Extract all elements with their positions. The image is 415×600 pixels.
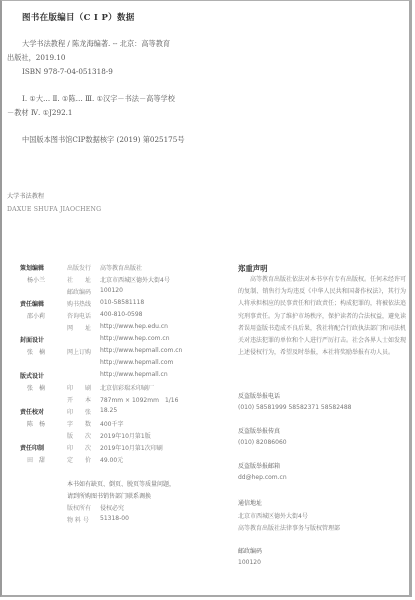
credit-name: 田 甜 <box>27 455 45 464</box>
material-key: 物 料 号 <box>67 515 89 524</box>
pub-url[interactable]: http://www.hepmall.com <box>100 359 173 366</box>
notice-paragraph: 高等教育出版社依法对本书享有专有出版权。任何未经许可的复制、销售行为均违反《中华… <box>238 274 406 359</box>
credit-name: 张 楠 <box>27 347 45 356</box>
copyright-page: 图书在版编目（C I P）数据 大学书法教程 / 陈龙海编著. -- 北京：高等… <box>0 0 412 597</box>
rights-value: 侵权必究 <box>100 503 124 512</box>
material-value: 51318-00 <box>100 515 129 522</box>
quality-note-1: 本书如有缺页、倒页、脱页等质量问题， <box>67 479 175 488</box>
pub-key: 印 刷 <box>67 383 91 392</box>
credit-name: 张 楠 <box>27 383 45 392</box>
pub-key: 印 次 <box>67 443 91 452</box>
credit-name: 邵小莉 <box>27 311 45 320</box>
pub-price: 49.00元 <box>100 455 123 464</box>
pub-value: 18.25 <box>100 407 117 414</box>
credit-role: 策划编辑 <box>20 263 44 272</box>
contact-heading: 反盗版举报邮箱 <box>238 461 280 470</box>
notice-title: 郑重声明 <box>238 263 268 274</box>
pub-key: 印 张 <box>67 407 91 416</box>
credit-role: 版式设计 <box>20 371 44 380</box>
cip-title: 图书在版编目（C I P）数据 <box>22 11 135 23</box>
book-title-chinese: 大学书法教程 <box>7 191 44 200</box>
credit-name: 杨小兰 <box>27 275 45 284</box>
pub-value: 010-58581118 <box>100 299 144 306</box>
cip-line-2: 出版社，2019.10 <box>7 53 65 63</box>
cip-classification-1: Ⅰ. ①大… Ⅱ. ①陈… Ⅲ. ①汉字－书法－高等学校 <box>22 94 175 104</box>
pub-key: 网 址 <box>67 323 91 332</box>
contact-heading: 反盗版举报电话 <box>238 391 280 400</box>
pub-key: 购书热线 <box>67 299 91 308</box>
pub-value: 高等教育出版社 <box>100 263 142 272</box>
pub-value: 400千字 <box>100 419 123 428</box>
pub-key: 社 址 <box>67 275 91 284</box>
pub-key: 开 本 <box>67 395 91 404</box>
pub-key: 定 价 <box>67 455 91 464</box>
contact-email[interactable]: dd@hep.com.cn <box>238 474 287 481</box>
pub-url[interactable]: http://www.hep.edu.cn <box>100 323 168 330</box>
pub-value: 2019年10月第1版 <box>100 431 151 440</box>
credit-role: 责任编辑 <box>20 299 44 308</box>
pub-value: 2019年10月第1次印刷 <box>100 443 163 452</box>
pub-key: 邮政编码 <box>67 287 91 296</box>
quality-note-2: 请到所购图书销售部门联系调换 <box>67 491 151 500</box>
credit-role: 责任印制 <box>20 443 44 452</box>
book-title-pinyin: DAXUE SHUFA JIAOCHENG <box>7 206 101 213</box>
pub-key: 网上订购 <box>67 347 91 356</box>
contact-fax: (010) 82086060 <box>238 439 287 446</box>
pub-value: 北京信彩瑞禾印刷厂 <box>100 383 154 392</box>
pub-url[interactable]: http://www.hepmall.com.cn <box>100 347 182 354</box>
pub-key: 出版发行 <box>67 263 91 272</box>
rights-key: 版权所有 <box>67 503 91 512</box>
pub-value: 787mm × 1092mm 1/16 <box>100 395 178 404</box>
contact-heading: 邮政编码 <box>238 546 262 555</box>
cip-line-1: 大学书法教程 / 陈龙海编著. -- 北京：高等教育 <box>22 39 170 49</box>
contact-heading: 通信地址 <box>238 498 262 507</box>
pub-key: 版 次 <box>67 431 91 440</box>
credit-name: 陈 杨 <box>27 419 45 428</box>
pub-value: 100120 <box>100 287 123 294</box>
pub-url[interactable]: http://www.hepmall.cn <box>100 371 168 378</box>
contact-heading: 反盗版举报传真 <box>238 426 280 435</box>
cip-isbn: ISBN 978-7-04-051318-9 <box>22 67 113 76</box>
contact-phone: (010) 58581999 58582371 58582488 <box>238 404 351 411</box>
pub-key: 咨询电话 <box>67 311 91 320</box>
contact-postcode: 100120 <box>238 559 261 566</box>
pub-value: 400-810-0598 <box>100 311 143 318</box>
credit-role: 责任校对 <box>20 407 44 416</box>
pub-url[interactable]: http://www.hep.com.cn <box>100 335 170 342</box>
credit-role: 封面设计 <box>20 335 44 344</box>
pub-value: 北京市西城区德外大街4号 <box>100 275 170 284</box>
contact-department: 高等教育出版社法律事务与版权管理部 <box>238 523 340 532</box>
cip-classification-2: －教材 Ⅳ. ①J292.1 <box>7 108 73 118</box>
cip-number: 中国版本图书馆CIP数据核字 (2019) 第025175号 <box>22 135 185 145</box>
pub-key: 字 数 <box>67 419 91 428</box>
contact-address: 北京市西城区德外大街4号 <box>238 511 308 520</box>
